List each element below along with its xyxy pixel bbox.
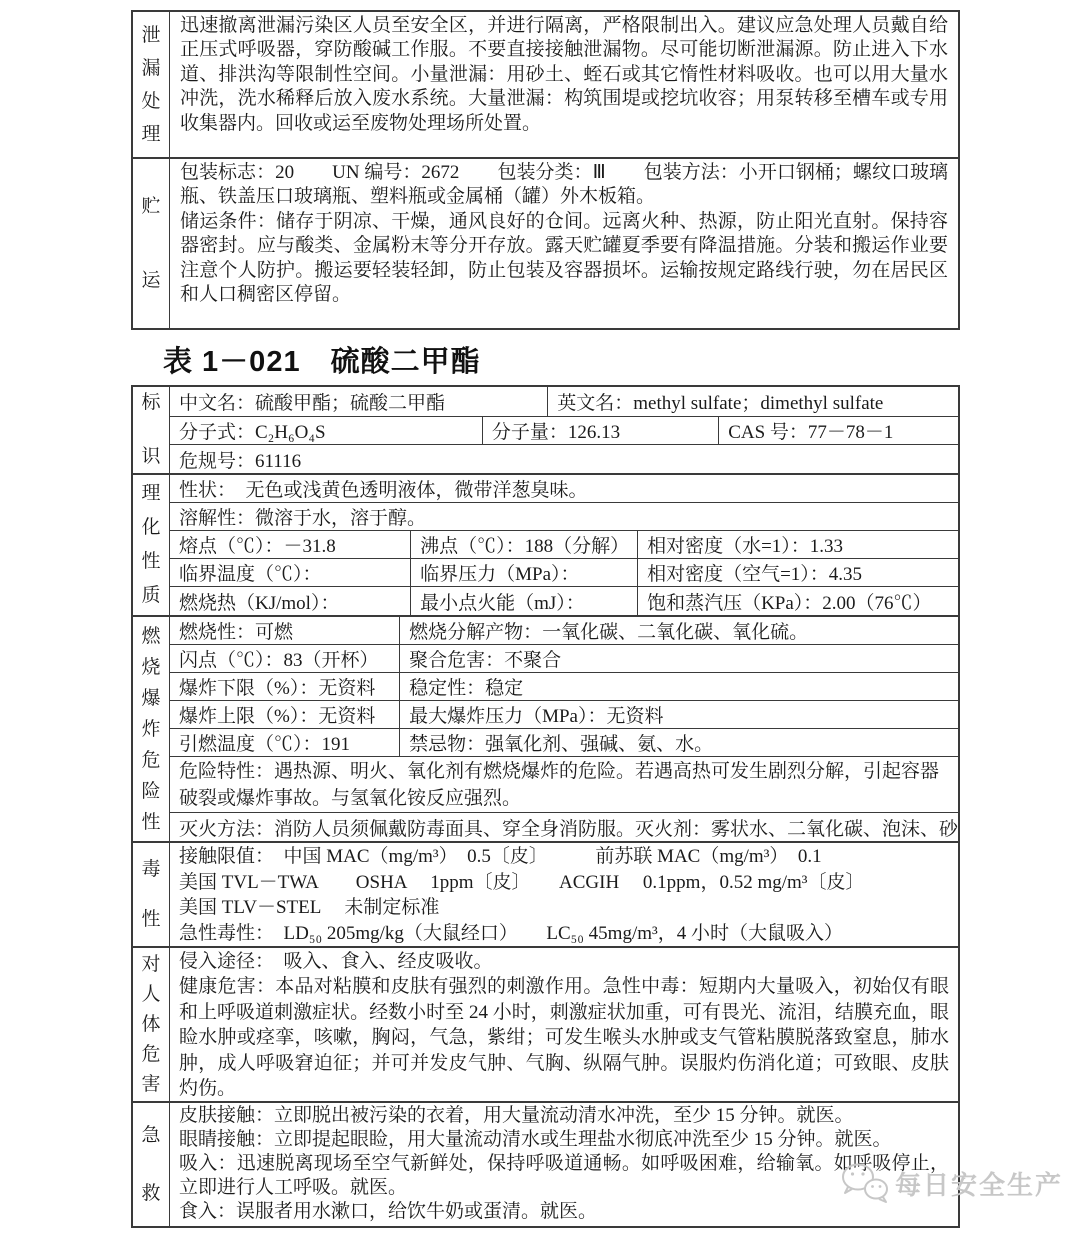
chinese-name-cell: 中文名：硫酸甲酯；硫酸二甲酯 xyxy=(170,387,548,416)
table-row: 性状： 无色或浅黄色透明液体，微带洋葱臭味。 xyxy=(170,475,958,503)
fire-fighting-cell: 灭火方法：消防人员须佩戴防毒面具、穿全身消防服。灭火剂：雾状水、二氧化碳、泡沫、… xyxy=(170,813,958,841)
melting-point-cell: 熔点（℃）：－31.8 xyxy=(170,531,411,558)
storage-transport-text: 包装标志：20 UN 编号：2672 包装分类：Ⅲ 包装方法：小开口钢桶；螺纹口… xyxy=(170,159,958,328)
table-row: 熔点（℃）：－31.8 沸点（℃）：188（分解） 相对密度（水=1）：1.33 xyxy=(170,531,958,559)
table-row: 爆炸上限（%）：无资料 最大爆炸压力（MPa）：无资料 xyxy=(170,701,958,729)
packaging-text: 包装标志：20 UN 编号：2672 包装分类：Ⅲ 包装方法：小开口钢桶；螺纹口… xyxy=(180,161,948,210)
ignition-temp-cell: 引燃温度（℃）：191 xyxy=(170,729,400,756)
english-name-cell: 英文名：methyl sulfate；dimethyl sulfate xyxy=(548,387,958,416)
cas-number-cell: CAS 号：77－78－1 xyxy=(719,417,958,444)
table-row: 闪点（℃）：83（开杯） 聚合危害：不聚合 xyxy=(170,645,958,673)
table-row: 分子式：C₂H₆O₄S 分子量：126.13 CAS 号：77－78－1 xyxy=(170,417,958,445)
section-identification: 标识 中文名：硫酸甲酯；硫酸二甲酯 英文名：methyl sulfate；dim… xyxy=(133,387,958,475)
upper-table: 泄漏处理 迅速撤离泄漏污染区人员至安全区，并进行隔离，严格限制出入。建议应急处理… xyxy=(131,10,960,330)
skin-contact-line: 皮肤接触：立即脱出被污染的衣着，用大量流动清水冲洗，至少 15 分钟。就医。 xyxy=(179,1104,949,1128)
section-label-text: 燃烧爆炸危险性 xyxy=(141,621,161,838)
table-row: 溶解性：微溶于水，溶于醇。 xyxy=(170,503,958,531)
first-aid-cell: 皮肤接触：立即脱出被污染的衣着，用大量流动清水冲洗，至少 15 分钟。就医。 眼… xyxy=(170,1103,958,1226)
table-row: 危险特性：遇热源、明火、氧化剂有燃烧爆炸的危险。若遇高热可发生剧烈分解，引起容器… xyxy=(170,757,958,813)
formula-cell: 分子式：C₂H₆O₄S xyxy=(170,417,483,444)
section-fire-explosion: 燃烧爆炸危险性 燃烧性：可燃 燃烧分解产物：一氧化碳、二氧化碳、氧化硫。 闪点（… xyxy=(133,617,958,843)
human-harm-cell: 侵入途径： 吸入、食入、经皮吸收。 健康危害：本品对粘膜和皮肤有强烈的刺激作用。… xyxy=(170,948,958,1101)
page-title: 表 1－021 硫酸二甲酯 xyxy=(163,339,481,380)
solubility-cell: 溶解性：微溶于水，溶于醇。 xyxy=(170,503,958,530)
molecular-weight-cell: 分子量：126.13 xyxy=(483,417,719,444)
min-ignition-energy-cell: 最小点火能（mJ）： xyxy=(411,587,638,615)
section-label-text: 急救 xyxy=(141,1107,161,1223)
section-toxicity: 毒性 接触限值： 中国 MAC（mg/m³） 0.5〔皮〕 前苏联 MAC（mg… xyxy=(133,843,958,948)
table-row: 灭火方法：消防人员须佩戴防毒面具、穿全身消防服。灭火剂：雾状水、二氧化碳、泡沫、… xyxy=(170,813,958,841)
section-label-fire: 燃烧爆炸危险性 xyxy=(133,617,170,841)
section-physical-chemical: 理化性质 性状： 无色或浅黄色透明液体，微带洋葱臭味。 溶解性：微溶于水，溶于醇… xyxy=(133,475,958,617)
section-spill-handling: 泄漏处理 迅速撤离泄漏污染区人员至安全区，并进行隔离，严格限制出入。建议应急处理… xyxy=(133,12,958,159)
us-stel-line: 美国 TLV－STEL 未制定标准 xyxy=(179,895,949,921)
boiling-point-cell: 沸点（℃）：188（分解） xyxy=(411,531,638,558)
section-first-aid: 急救 皮肤接触：立即脱出被污染的衣着，用大量流动清水冲洗，至少 15 分钟。就医… xyxy=(133,1103,958,1226)
identification-rows: 中文名：硫酸甲酯；硫酸二甲酯 英文名：methyl sulfate；dimeth… xyxy=(170,387,958,473)
flammability-cell: 燃烧性：可燃 xyxy=(170,617,400,644)
section-label-text: 泄漏处理 xyxy=(141,19,161,151)
ingestion-line: 食入：误服者用水漱口，给饮牛奶或蛋清。就医。 xyxy=(179,1200,949,1224)
eye-contact-line: 眼睛接触：立即提起眼睑，用大量流动清水或生理盐水彻底冲洗至少 15 分钟。就医。 xyxy=(179,1128,949,1152)
table-row: 爆炸下限（%）：无资料 稳定性：稳定 xyxy=(170,673,958,701)
section-label-text: 对人体危害 xyxy=(141,950,161,1100)
health-hazard-paragraph: 健康危害：本品对粘膜和皮肤有强烈的刺激作用。急性中毒：短期内大量吸入，初始仅有眼… xyxy=(179,974,949,1101)
section-label-text: 贮运 xyxy=(141,170,161,318)
table-row: 燃烧热（KJ/mol）： 最小点火能（mJ）： 饱和蒸汽压（KPa）：2.00（… xyxy=(170,587,958,615)
section-label-toxicity: 毒性 xyxy=(133,843,170,946)
section-storage-transport: 贮运 包装标志：20 UN 编号：2672 包装分类：Ⅲ 包装方法：小开口钢桶；… xyxy=(133,159,958,328)
spill-handling-text: 迅速撤离泄漏污染区人员至安全区，并进行隔离，严格限制出入。建议应急处理人员戴自给… xyxy=(170,12,958,157)
incompatibilities-cell: 禁忌物：强氧化剂、强碱、氨、水。 xyxy=(400,729,958,756)
table-row: 引燃温度（℃）：191 禁忌物：强氧化剂、强碱、氨、水。 xyxy=(170,729,958,757)
flash-point-cell: 闪点（℃）：83（开杯） xyxy=(170,645,400,672)
table-row: 中文名：硫酸甲酯；硫酸二甲酯 英文名：methyl sulfate；dimeth… xyxy=(170,387,958,417)
relative-density-air-cell: 相对密度（空气=1）：4.35 xyxy=(638,559,958,586)
hazard-code-cell: 危规号：61116 xyxy=(170,445,958,473)
hazard-characteristics-cell: 危险特性：遇热源、明火、氧化剂有燃烧爆炸的危险。若遇高热可发生剧烈分解，引起容器… xyxy=(170,757,958,812)
main-table: 标识 中文名：硫酸甲酯；硫酸二甲酯 英文名：methyl sulfate；dim… xyxy=(131,385,960,1228)
section-label-spill: 泄漏处理 xyxy=(133,12,170,157)
upper-explosive-limit-cell: 爆炸上限（%）：无资料 xyxy=(170,701,400,728)
polymerization-hazard-cell: 聚合危害：不聚合 xyxy=(400,645,958,672)
lower-explosive-limit-cell: 爆炸下限（%）：无资料 xyxy=(170,673,400,700)
critical-pressure-cell: 临界压力（MPa）： xyxy=(411,559,638,586)
fire-rows: 燃烧性：可燃 燃烧分解产物：一氧化碳、二氧化碳、氧化硫。 闪点（℃）：83（开杯… xyxy=(170,617,958,841)
inhalation-line: 吸入：迅速脱离现场至空气新鲜处，保持呼吸道通畅。如呼吸困难，给输氧。如呼吸停止，… xyxy=(179,1152,949,1200)
max-explosion-pressure-cell: 最大爆炸压力（MPa）：无资料 xyxy=(400,701,958,728)
combustion-products-cell: 燃烧分解产物：一氧化碳、二氧化碳、氧化硫。 xyxy=(400,617,958,644)
us-twa-line: 美国 TVL－TWA OSHA 1ppm〔皮〕 ACGIH 0.1ppm，0.5… xyxy=(179,870,949,896)
section-label-first-aid: 急救 xyxy=(133,1103,170,1226)
physchem-rows: 性状： 无色或浅黄色透明液体，微带洋葱臭味。 溶解性：微溶于水，溶于醇。 熔点（… xyxy=(170,475,958,615)
exposure-routes-line: 侵入途径： 吸入、食入、经皮吸收。 xyxy=(179,949,949,974)
section-label-identification: 标识 xyxy=(133,387,170,473)
section-label-storage: 贮运 xyxy=(133,159,170,328)
vapor-pressure-cell: 饱和蒸汽压（KPa）：2.00（76℃） xyxy=(638,587,958,615)
section-label-text: 标识 xyxy=(141,387,161,475)
storage-conditions-text: 储运条件：储存于阴凉、干燥，通风良好的仓间。远离火种、热源，防止阳光直射。保持容… xyxy=(180,210,948,308)
critical-temp-cell: 临界温度（℃）： xyxy=(170,559,411,586)
section-label-physchem: 理化性质 xyxy=(133,475,170,615)
table-row: 临界温度（℃）： 临界压力（MPa）： 相对密度（空气=1）：4.35 xyxy=(170,559,958,587)
document-page: 泄漏处理 迅速撤离泄漏污染区人员至安全区，并进行隔离，严格限制出入。建议应急处理… xyxy=(0,0,1080,1233)
relative-density-water-cell: 相对密度（水=1）：1.33 xyxy=(638,531,958,558)
table-row: 危规号：61116 xyxy=(170,445,958,473)
appearance-cell: 性状： 无色或浅黄色透明液体，微带洋葱臭味。 xyxy=(170,475,958,502)
section-label-human-harm: 对人体危害 xyxy=(133,948,170,1101)
stability-cell: 稳定性：稳定 xyxy=(400,673,958,700)
section-label-text: 理化性质 xyxy=(141,477,161,613)
acute-toxicity-line: 急性毒性： LD₅₀ 205mg/kg（大鼠经口） LC₅₀ 45mg/m³，4… xyxy=(179,921,949,946)
toxicity-cell: 接触限值： 中国 MAC（mg/m³） 0.5〔皮〕 前苏联 MAC（mg/m³… xyxy=(170,843,958,946)
section-label-text: 毒性 xyxy=(141,845,161,945)
combustion-heat-cell: 燃烧热（KJ/mol）： xyxy=(170,587,411,615)
exposure-limits-line: 接触限值： 中国 MAC（mg/m³） 0.5〔皮〕 前苏联 MAC（mg/m³… xyxy=(179,844,949,870)
section-human-harm: 对人体危害 侵入途径： 吸入、食入、经皮吸收。 健康危害：本品对粘膜和皮肤有强烈… xyxy=(133,948,958,1103)
table-row: 燃烧性：可燃 燃烧分解产物：一氧化碳、二氧化碳、氧化硫。 xyxy=(170,617,958,645)
